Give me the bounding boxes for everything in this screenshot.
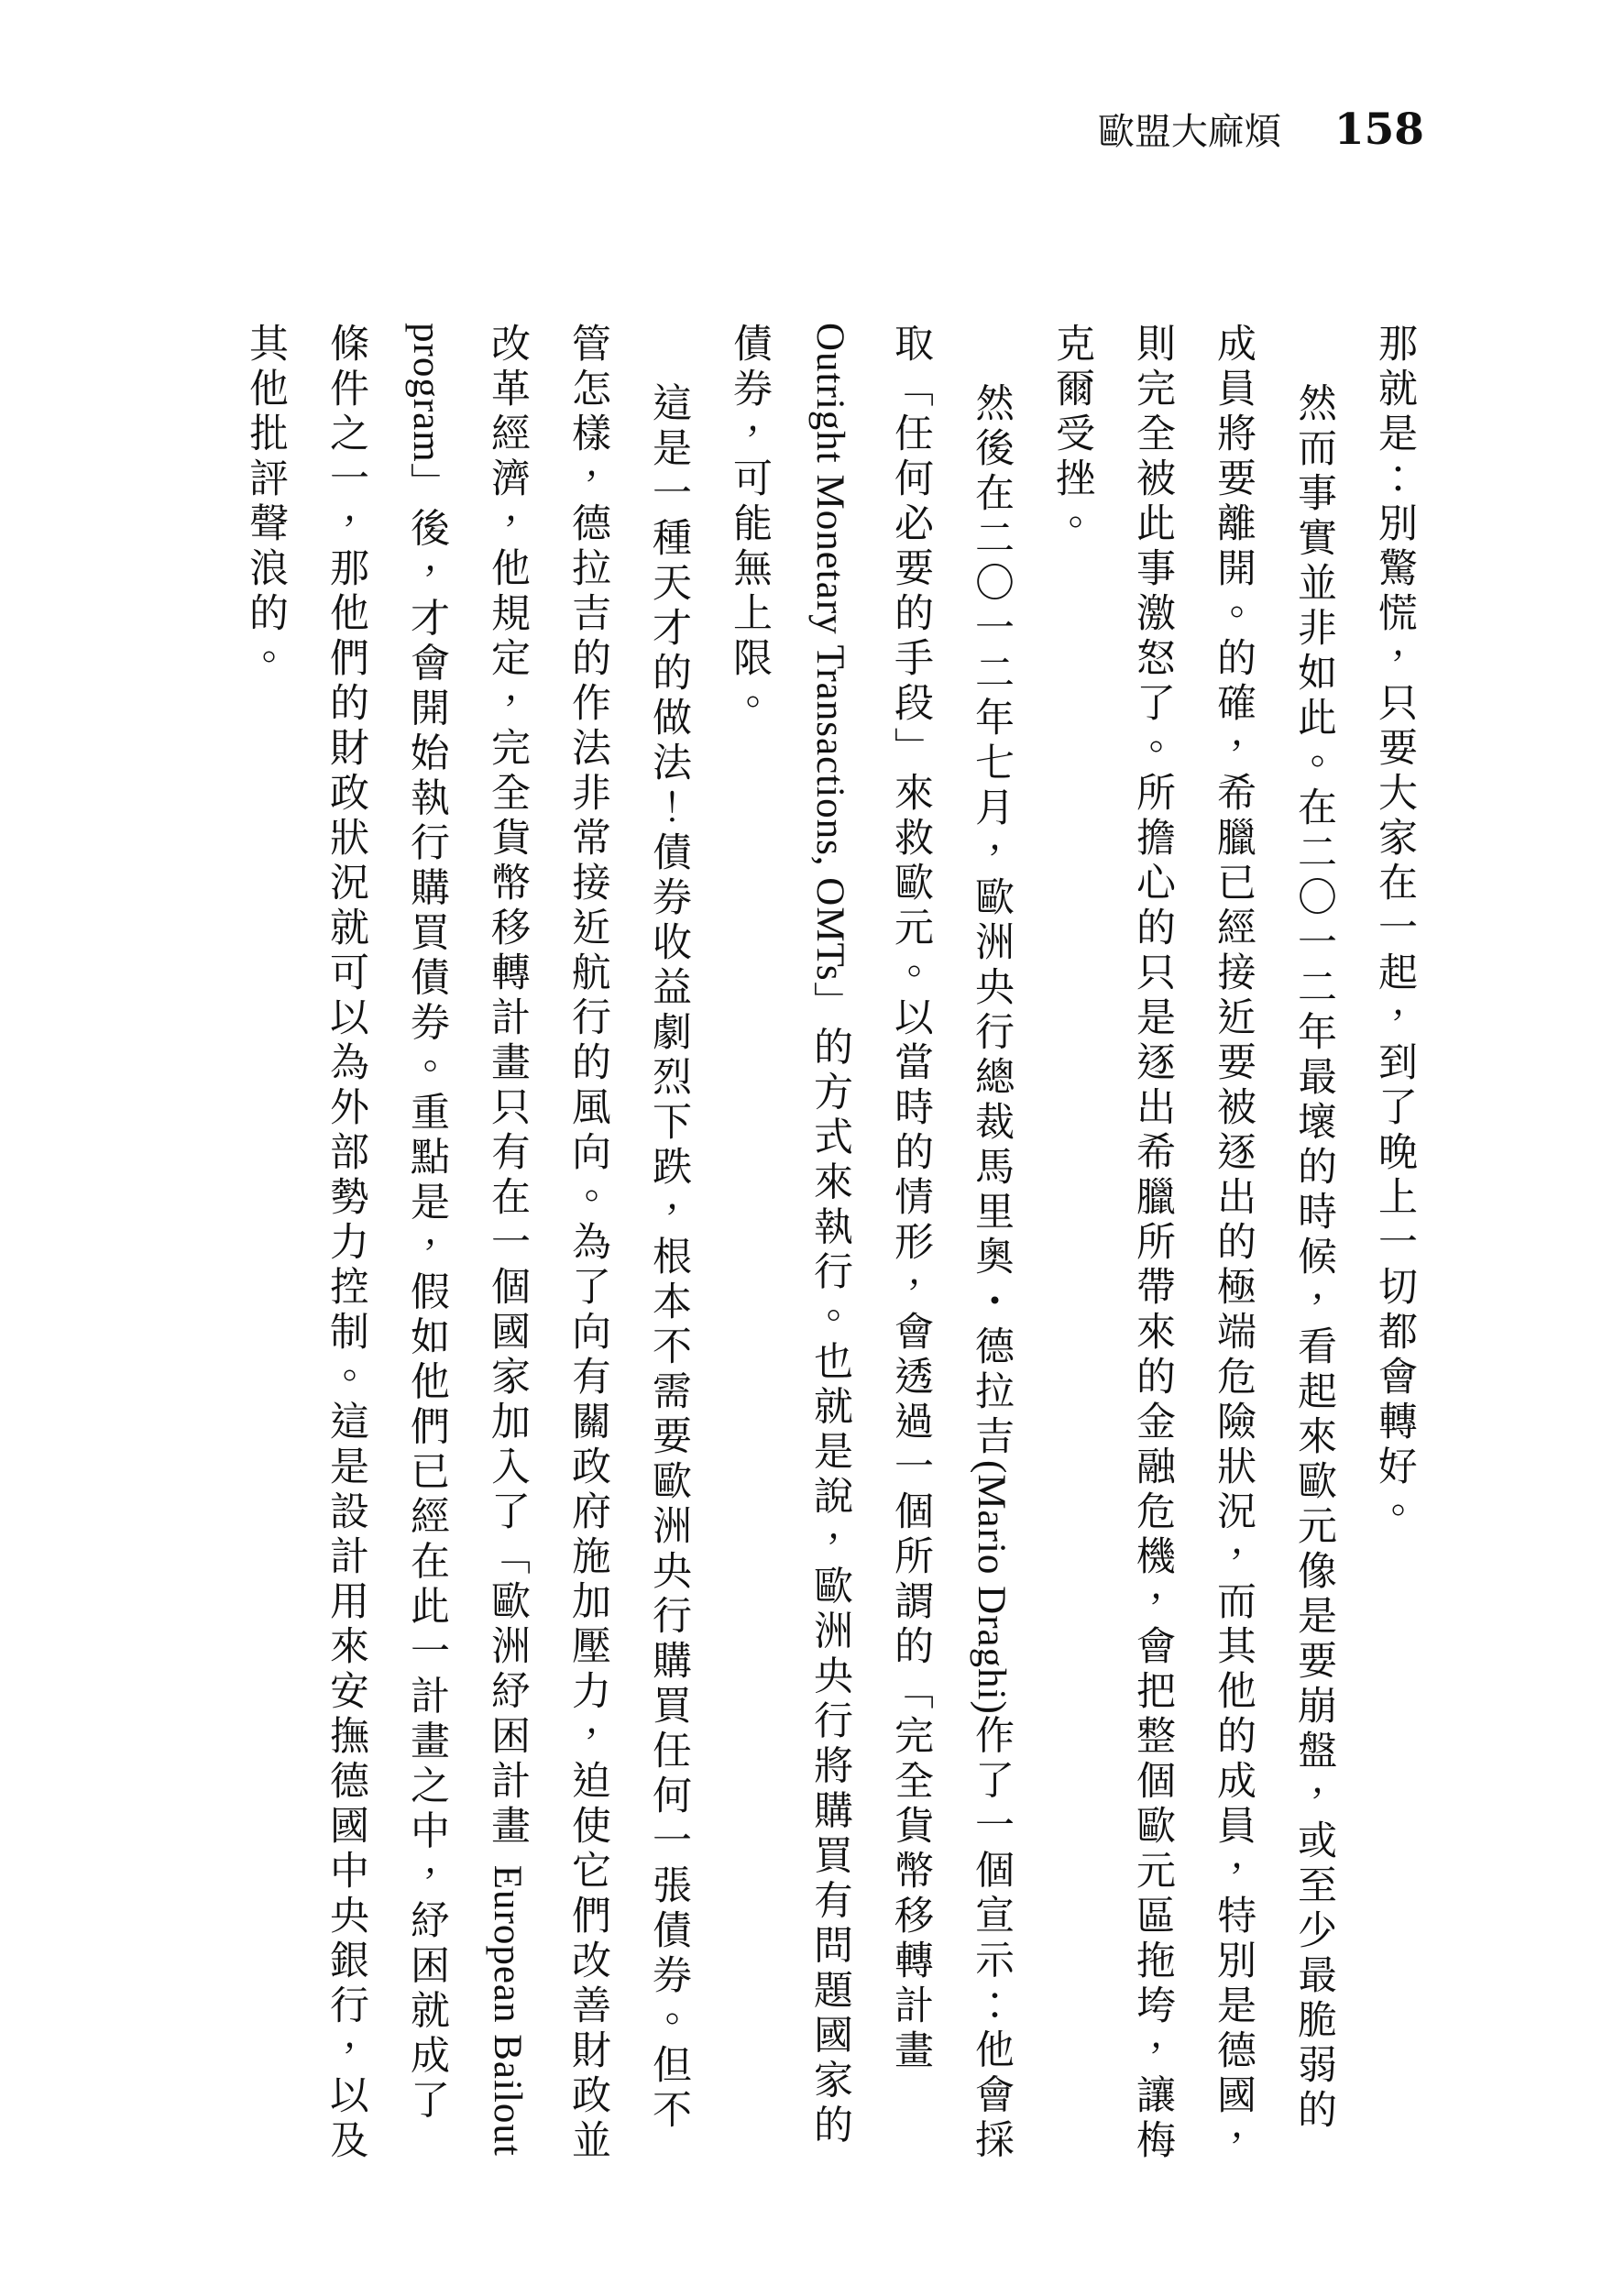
page-header: 歐盟大麻煩 158: [1098, 103, 1424, 155]
latin-inline-text: European Bailout program: [405, 323, 529, 2157]
chapter-title: 歐盟大麻煩: [1098, 103, 1281, 155]
latin-inline-text: (Mario Draghi): [970, 1460, 1013, 1715]
body-text: 那就是：別驚慌，只要大家在一起，到了晚上一切都會轉好。然而事實並非如此。在二〇一…: [225, 323, 1434, 2165]
paragraph: 然後在二〇一二年七月，歐洲央行總裁馬里奧・德拉吉(Mario Draghi)作了…: [708, 323, 1031, 2165]
paragraph: 那就是：別驚慌，只要大家在一起，到了晚上一切都會轉好。: [1354, 323, 1434, 2165]
paragraph: 然而事實並非如此。在二〇一二年最壞的時候，看起來歐元像是要崩盤，或至少最脆弱的成…: [1031, 323, 1354, 2165]
latin-inline-text: Outright Monetary Transactions, OMTs: [808, 323, 851, 982]
page: 歐盟大麻煩 158 那就是：別驚慌，只要大家在一起，到了晚上一切都會轉好。然而事…: [0, 0, 1624, 2274]
paragraph: 這是一種天才的做法！債券收益劇烈下跌，根本不需要歐洲央行購買任何一張債券。但不管…: [225, 323, 708, 2165]
page-number: 158: [1334, 104, 1424, 155]
